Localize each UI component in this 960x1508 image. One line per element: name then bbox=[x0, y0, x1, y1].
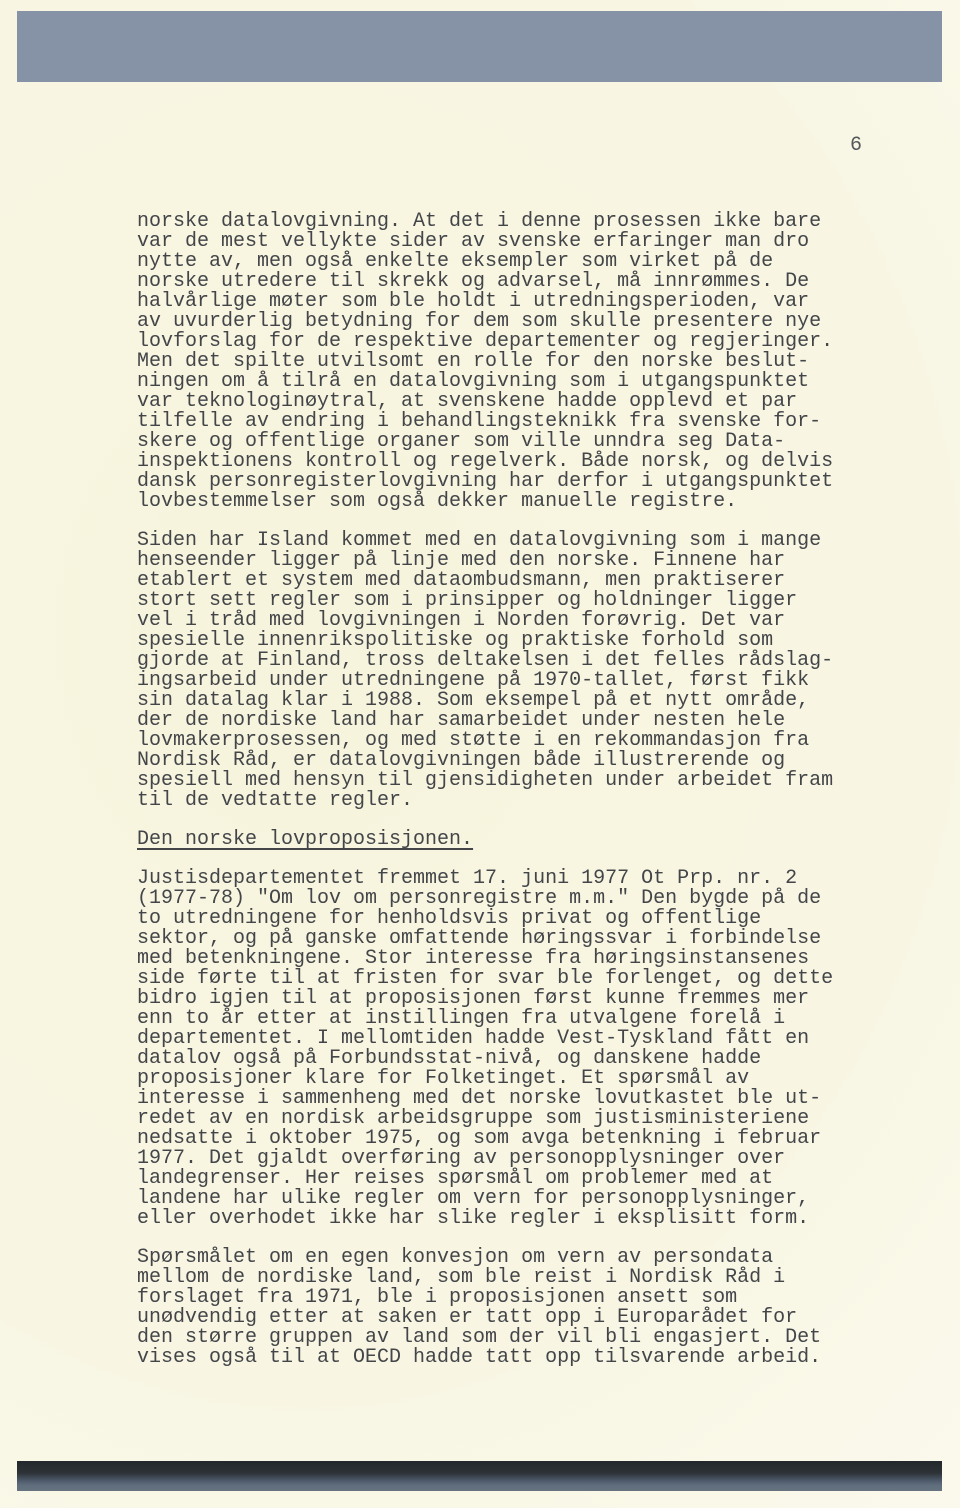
page-number: 6 bbox=[850, 136, 862, 156]
paragraph: Siden har Island kommet med en datalovgi… bbox=[137, 531, 847, 811]
paragraph: Spørsmålet om en egen konvesjon om vern … bbox=[137, 1248, 847, 1368]
paragraph: norske datalovgivning. At det i denne pr… bbox=[137, 212, 847, 512]
paragraph: Justisdepartementet fremmet 17. juni 197… bbox=[137, 869, 847, 1229]
footer-bar bbox=[17, 1461, 942, 1491]
scanned-page: 6 norske datalovgivning. At det i denne … bbox=[0, 0, 960, 1508]
document-text: norske datalovgivning. At det i denne pr… bbox=[137, 212, 847, 1387]
header-bar bbox=[17, 11, 942, 82]
section-heading: Den norske lovproposisjonen. bbox=[137, 830, 847, 850]
